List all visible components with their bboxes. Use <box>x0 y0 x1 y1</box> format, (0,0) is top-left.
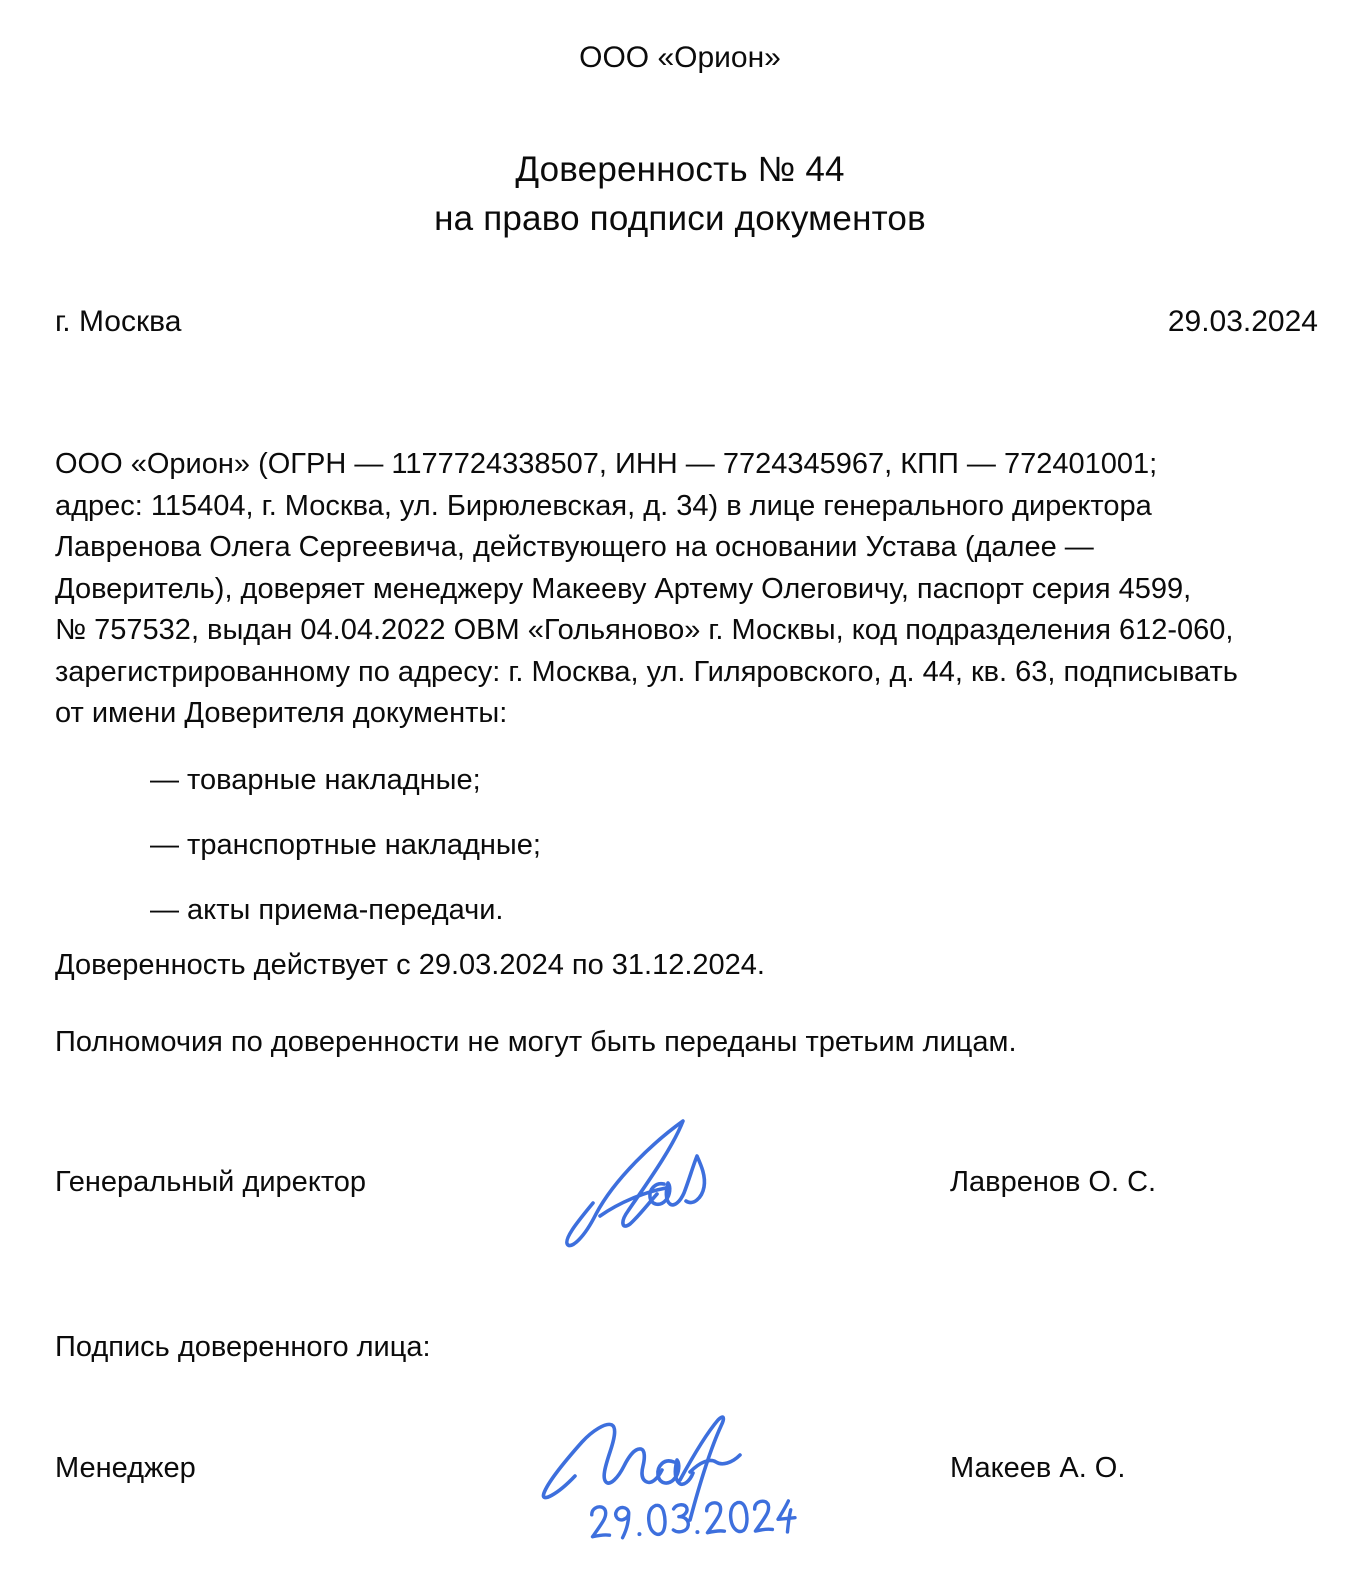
company-name: ООО «Орион» <box>0 40 1360 76</box>
document-title: Доверенность № 44 на право подписи докум… <box>0 145 1360 243</box>
body-line: ООО «Орион» (ОГРН — 1177724338507, ИНН —… <box>55 444 1320 486</box>
body-line: зарегистрированному по адресу: г. Москва… <box>55 652 1320 694</box>
authorized-documents-list: — товарные накладные; — транспортные нак… <box>150 762 1300 957</box>
document-title-line1: Доверенность № 44 <box>0 145 1360 194</box>
list-item: — акты приема-передачи. <box>150 892 1300 928</box>
list-item: — транспортные накладные; <box>150 827 1300 863</box>
attorney-signature-date-handwritten <box>588 1497 813 1543</box>
attorney-signature-caption: Подпись доверенного лица: <box>55 1329 1320 1365</box>
director-signature-row: Генеральный директор Лавренов О. С. <box>55 1164 1305 1200</box>
body-line: Лавренова Олега Сергеевича, действующего… <box>55 527 1320 569</box>
body-paragraph: ООО «Орион» (ОГРН — 1177724338507, ИНН —… <box>55 444 1320 735</box>
attorney-name: Макеев А. О. <box>950 1450 1305 1486</box>
list-item: — товарные накладные; <box>150 762 1300 798</box>
body-line: № 757532, выдан 04.04.2022 ОВМ «Гольянов… <box>55 610 1320 652</box>
director-position: Генеральный директор <box>55 1164 950 1200</box>
body-line: Доверитель), доверяет менеджеру Макееву … <box>55 569 1320 611</box>
body-line: адрес: 115404, г. Москва, ул. Бирюлевска… <box>55 486 1320 528</box>
document-city: г. Москва <box>55 304 181 340</box>
document-title-line2: на право подписи документов <box>0 194 1360 243</box>
attorney-signature-row: Менеджер Макеев А. О. <box>55 1450 1305 1486</box>
attorney-position: Менеджер <box>55 1450 950 1486</box>
body-line: от имени Доверителя документы: <box>55 693 1320 735</box>
meta-row: г. Москва 29.03.2024 <box>55 304 1318 340</box>
director-name: Лавренов О. С. <box>950 1164 1305 1200</box>
power-of-attorney-document: ООО «Орион» Доверенность № 44 на право п… <box>0 0 1360 1595</box>
validity-text: Доверенность действует с 29.03.2024 по 3… <box>55 947 1320 983</box>
document-date: 29.03.2024 <box>1168 304 1318 340</box>
restriction-text: Полномочия по доверенности не могут быть… <box>55 1024 1320 1060</box>
